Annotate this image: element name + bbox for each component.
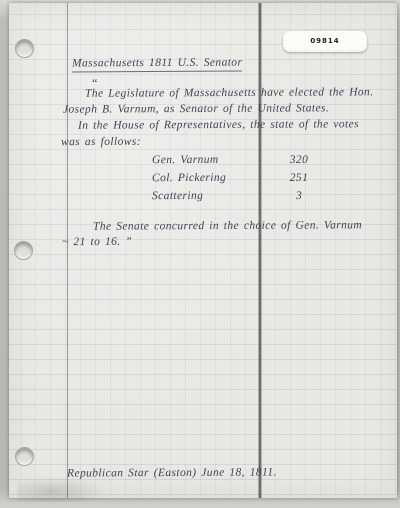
page-crease-line xyxy=(258,3,262,498)
paragraph1-line4: was as follows: xyxy=(61,136,141,148)
paragraph2-line1: The Senate concurred in the choice of Ge… xyxy=(93,219,362,232)
punch-hole-middle xyxy=(14,241,33,260)
punch-hole-top xyxy=(15,39,34,58)
vote-count: 3 xyxy=(279,190,319,202)
vote-row-scattering: Scattering 3 xyxy=(9,190,397,205)
vote-count: 320 xyxy=(279,154,319,166)
vote-candidate-name: Scattering xyxy=(152,190,203,202)
vote-candidate-name: Col. Pickering xyxy=(152,172,226,184)
paragraph1-line2: Joseph B. Varnum, as Senator of the Unit… xyxy=(63,102,329,115)
catalog-number-label: 09814 xyxy=(283,31,367,52)
notebook-paper: 09814 Massachusetts 1811 U.S. Senator “ … xyxy=(9,3,397,498)
vote-candidate-name: Gen. Varnum xyxy=(152,154,219,166)
scanned-document: { "document": { "catalog_number": "09814… xyxy=(0,0,400,508)
paragraph1-line1: The Legislature of Massachusetts have el… xyxy=(85,86,374,100)
page-title: Massachusetts 1811 U.S. Senator xyxy=(72,57,242,73)
vote-row-varnum: Gen. Varnum 320 xyxy=(9,154,397,169)
corner-crumple-shadow xyxy=(17,476,107,502)
vote-count: 251 xyxy=(279,172,319,184)
punch-hole-bottom xyxy=(15,447,34,466)
paragraph2-line2: ~ 21 to 16. ” xyxy=(62,236,132,248)
vote-row-pickering: Col. Pickering 251 xyxy=(9,172,397,187)
margin-line xyxy=(67,3,68,498)
source-citation: Republican Star (Easton) June 18, 1811. xyxy=(67,466,277,479)
paragraph1-line3: In the House of Representatives, the sta… xyxy=(78,118,359,131)
